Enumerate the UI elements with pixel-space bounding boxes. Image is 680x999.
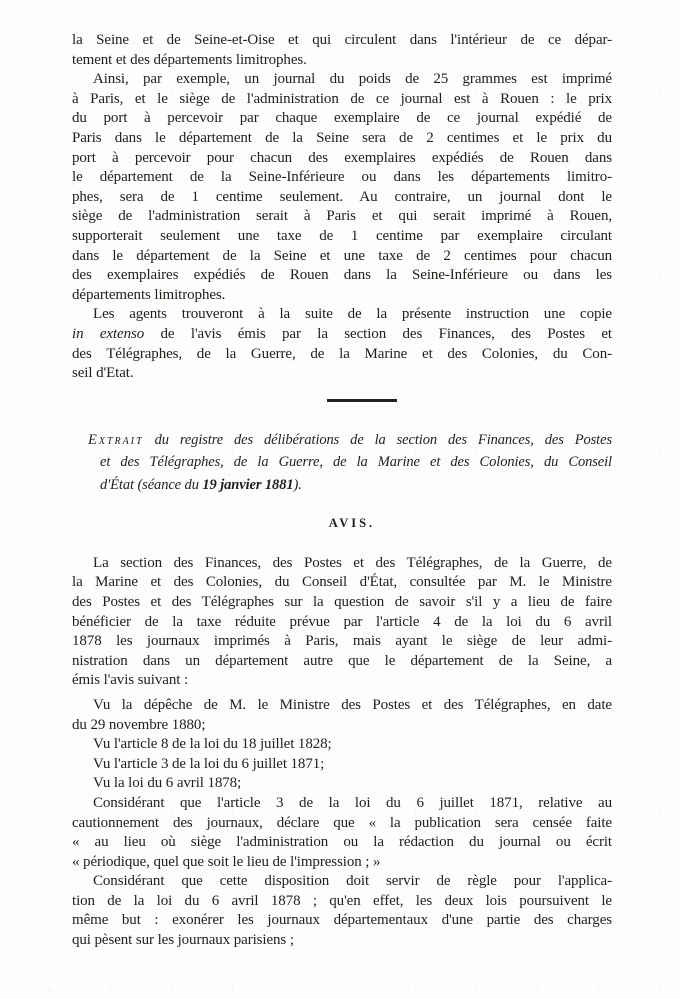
text-line: des Télégraphes, de la Guerre, de la Mar… bbox=[72, 345, 612, 365]
text-line: départements limitrophes. bbox=[72, 286, 612, 306]
ainsi-example-paragraph: Ainsi, par exemple, un journal du poids … bbox=[72, 70, 612, 305]
vu-loi-1878: Vu la loi du 6 avril 1878; bbox=[72, 774, 612, 794]
text-line: port à percevoir pour chacun des exempla… bbox=[72, 149, 612, 169]
text-line: supporterait seulement une taxe de 1 cen… bbox=[72, 227, 612, 247]
text-line: bénéficier de la taxe réduite prévue par… bbox=[72, 613, 612, 633]
vu-article-3-loi-1871: Vu l'article 3 de la loi du 6 juillet 18… bbox=[72, 755, 612, 775]
text-line: Paris dans le département de la Seine se… bbox=[72, 129, 612, 149]
text-line: émis l'avis suivant : bbox=[72, 671, 612, 691]
text-line: siège de l'administration serait à Paris… bbox=[72, 207, 612, 227]
text-line: 1878 les journaux imprimés à Paris, mais… bbox=[72, 632, 612, 652]
text-line: « au lieu où siège l'administration ou l… bbox=[72, 833, 612, 853]
text-line: Vu l'article 8 de la loi du 18 juillet 1… bbox=[72, 735, 612, 755]
text-line: des Postes et des Télégraphes sur la que… bbox=[72, 593, 612, 613]
text-line: Considérant que cette disposition doit s… bbox=[72, 872, 612, 892]
text-line: le département de la Seine-Inférieure ou… bbox=[72, 168, 612, 188]
la-section-paragraph: La section des Finances, des Postes et d… bbox=[72, 554, 612, 691]
scanned-document-page: la Seine et de Seine-et-Oise et qui circ… bbox=[0, 0, 680, 999]
text-line: Les agents trouveront à la suite de la p… bbox=[72, 305, 612, 325]
text-line: tement et des départements limitrophes. bbox=[72, 51, 612, 71]
extrait-citation-paragraph: Extrait du registre des délibérations de… bbox=[72, 429, 612, 497]
text-line: tion de la loi du 6 avril 1878 ; qu'en e… bbox=[72, 892, 612, 912]
text-line: cautionnement des journaux, déclare que … bbox=[72, 814, 612, 834]
text-line: et des Télégraphes, de la Guerre, de la … bbox=[100, 451, 612, 474]
text-line: à Paris, et le siège de l'administration… bbox=[72, 90, 612, 110]
text-line: la Seine et de Seine-et-Oise et qui circ… bbox=[72, 31, 612, 51]
text-line: seil d'Etat. bbox=[72, 364, 612, 384]
text-line: phes, sera de 1 centime seulement. Au co… bbox=[72, 188, 612, 208]
text-line: d'État (séance du 19 janvier 1881). bbox=[100, 474, 612, 497]
seance-date: 19 janvier 1881 bbox=[202, 477, 293, 493]
text-line: nistration dans un département autre que… bbox=[72, 652, 612, 672]
text-line: Extrait du registre des délibérations de… bbox=[100, 429, 612, 452]
text-line: Vu la loi du 6 avril 1878; bbox=[72, 774, 612, 794]
agents-paragraph: Les agents trouveront à la suite de la p… bbox=[72, 305, 612, 383]
italic-phrase: in extenso bbox=[72, 326, 144, 342]
considerant-application-paragraph: Considérant que cette disposition doit s… bbox=[72, 872, 612, 950]
text-line: Considérant que l'article 3 de la loi du… bbox=[72, 794, 612, 814]
text-line: du 29 novembre 1880; bbox=[72, 716, 612, 736]
text-line: dans le département de la Seine et une t… bbox=[72, 247, 612, 267]
text-line: même but : exonérer les journaux départe… bbox=[72, 911, 612, 931]
text-line: du port à percevoir par chaque exemplair… bbox=[72, 109, 612, 129]
opening-paragraph: la Seine et de Seine-et-Oise et qui circ… bbox=[72, 31, 612, 70]
text-line: in extenso de l'avis émis par la section… bbox=[72, 325, 612, 345]
text-line: qui pèsent sur les journaux parisiens ; bbox=[72, 931, 612, 951]
text-line: La section des Finances, des Postes et d… bbox=[72, 554, 612, 574]
text-line: des exemplaires expédiés de Rouen dans l… bbox=[72, 266, 612, 286]
vu-depeche-paragraph: Vu la dépêche de M. le Ministre des Post… bbox=[72, 696, 612, 735]
extrait-lead-word: Extrait bbox=[88, 432, 144, 448]
text-line: Vu la dépêche de M. le Ministre des Post… bbox=[72, 696, 612, 716]
text-line: Vu l'article 3 de la loi du 6 juillet 18… bbox=[72, 755, 612, 775]
section-divider bbox=[327, 399, 397, 402]
text-line: « périodique, quel que soit le lieu de l… bbox=[72, 853, 612, 873]
text-line: la Marine et des Colonies, du Conseil d'… bbox=[72, 573, 612, 593]
text-line: Ainsi, par exemple, un journal du poids … bbox=[72, 70, 612, 90]
text-block: la Seine et de Seine-et-Oise et qui circ… bbox=[72, 31, 612, 951]
vu-article-8-loi-1828: Vu l'article 8 de la loi du 18 juillet 1… bbox=[72, 735, 612, 755]
considerant-cautionnement-paragraph: Considérant que l'article 3 de la loi du… bbox=[72, 794, 612, 872]
avis-heading: AVIS. bbox=[82, 514, 622, 534]
